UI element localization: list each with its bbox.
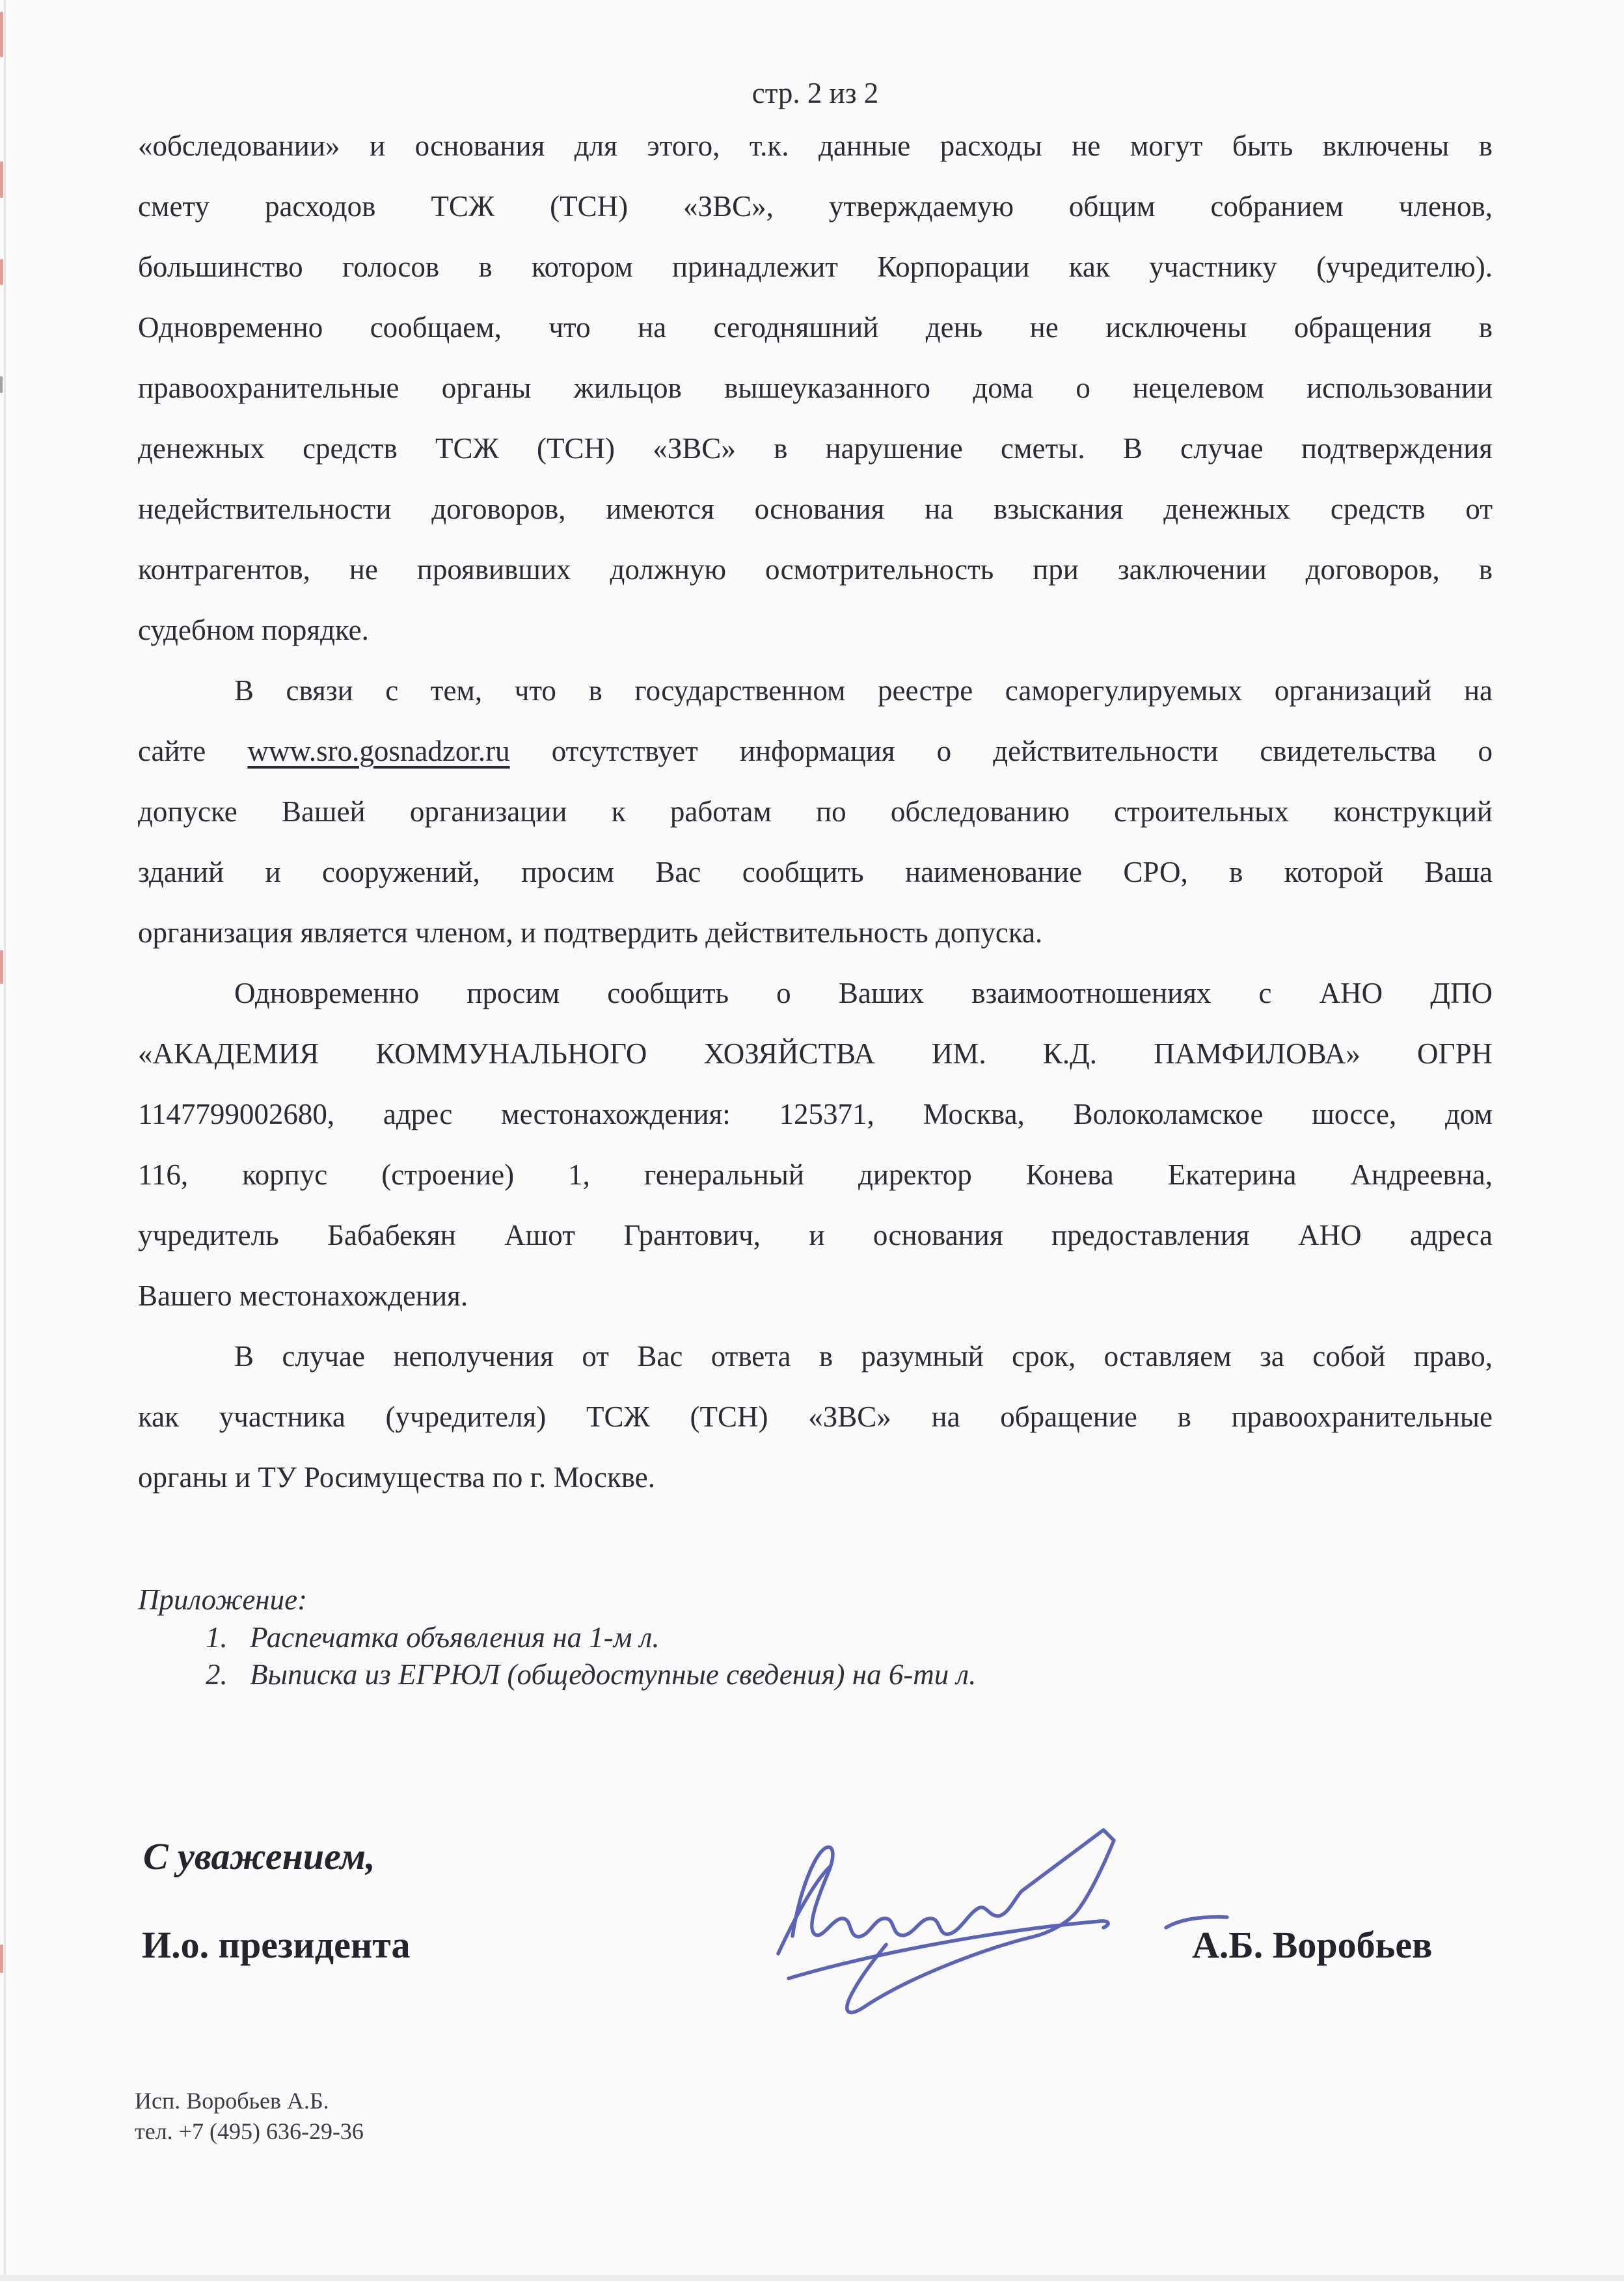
line-text: сайте — [138, 735, 247, 767]
page-indicator: стр. 2 из 2 — [138, 77, 1493, 109]
appendix-item-number: 2. — [206, 1656, 228, 1693]
body-line: 116, корпус (строение) 1, генеральный ди… — [138, 1145, 1493, 1205]
handwritten-signature — [716, 1783, 1262, 2056]
appendix: Приложение: 1. Распечатка объявления на … — [138, 1580, 1493, 1693]
scan-edge-line — [4, 0, 6, 2281]
appendix-item-text: Выписка из ЕГРЮЛ (общедоступные сведения… — [250, 1658, 976, 1691]
footer: Исп. Воробьев А.Б. тел. +7 (495) 636-29-… — [135, 2086, 364, 2147]
body-line: недействительности договоров, имеются ос… — [138, 479, 1493, 540]
line-text: отсутствует информация о действительност… — [510, 735, 1493, 767]
body-line: правоохранительные органы жильцов вышеук… — [138, 358, 1493, 418]
body-line: зданий и сооружений, просим Вас сообщить… — [138, 842, 1493, 903]
body-line: смету расходов ТСЖ (ТСН) «ЗВС», утвержда… — [138, 176, 1493, 237]
scan-artifact — [0, 950, 3, 984]
scan-artifact — [0, 259, 3, 285]
scan-bottom-shadow — [0, 2275, 1624, 2281]
scan-artifact — [0, 161, 3, 198]
appendix-item: 2. Выписка из ЕГРЮЛ (общедоступные сведе… — [138, 1656, 1493, 1693]
body-line: органы и ТУ Росимущества по г. Москве. — [138, 1447, 1493, 1508]
body-line: учредитель Бабабекян Ашот Грантович, и о… — [138, 1205, 1493, 1266]
body-line: «обследовании» и основания для этого, т.… — [138, 116, 1493, 176]
footer-executor: Исп. Воробьев А.Б. — [135, 2086, 364, 2116]
body-line: Вашего местонахождения. — [138, 1266, 1493, 1326]
appendix-item-number: 1. — [206, 1619, 228, 1656]
footer-phone: тел. +7 (495) 636-29-36 — [135, 2116, 364, 2147]
scan-artifact — [0, 1945, 3, 1973]
body-line: организация является членом, и подтверди… — [138, 903, 1493, 963]
body-line: денежных средств ТСЖ (ТСН) «ЗВС» в наруш… — [138, 418, 1493, 479]
body-line: судебном порядке. — [138, 600, 1493, 661]
scan-artifact — [0, 376, 3, 393]
signer-name: А.Б. Воробьев — [1192, 1924, 1432, 1967]
appendix-item: 1. Распечатка объявления на 1-м л. — [138, 1619, 1493, 1656]
body-line: большинство голосов в котором принадлежи… — [138, 237, 1493, 297]
body-line: 1147799002680, адрес местонахождения: 12… — [138, 1084, 1493, 1145]
body-line: В случае неполучения от Вас ответа в раз… — [138, 1326, 1493, 1387]
scanned-letter-page: стр. 2 из 2 «обследовании» и основания д… — [0, 0, 1624, 2281]
body-line: как участника (учредителя) ТСЖ (ТСН) «ЗВ… — [138, 1387, 1493, 1447]
body-line: «АКАДЕМИЯ КОММУНАЛЬНОГО ХОЗЯЙСТВА ИМ. К.… — [138, 1024, 1493, 1084]
appendix-heading: Приложение: — [138, 1580, 1493, 1619]
signer-role: И.о. президента — [142, 1924, 410, 1967]
appendix-item-text: Распечатка объявления на 1-м л. — [250, 1621, 660, 1654]
body-line: В связи с тем, что в государственном рее… — [138, 661, 1493, 721]
scan-artifact — [0, 12, 3, 57]
body-line: Одновременно сообщаем, что на сегодняшни… — [138, 297, 1493, 358]
sro-registry-url: www.sro.gosnadzor.ru — [247, 735, 509, 767]
body-line: Одновременно просим сообщить о Ваших вза… — [138, 963, 1493, 1024]
body-line: сайте www.sro.gosnadzor.ru отсутствует и… — [138, 721, 1493, 782]
body-line: контрагентов, не проявивших должную осмо… — [138, 540, 1493, 600]
body-line: допуске Вашей организации к работам по о… — [138, 782, 1493, 842]
letter-body: «обследовании» и основания для этого, т.… — [138, 116, 1493, 1508]
closing-salutation: С уважением, — [143, 1835, 375, 1878]
